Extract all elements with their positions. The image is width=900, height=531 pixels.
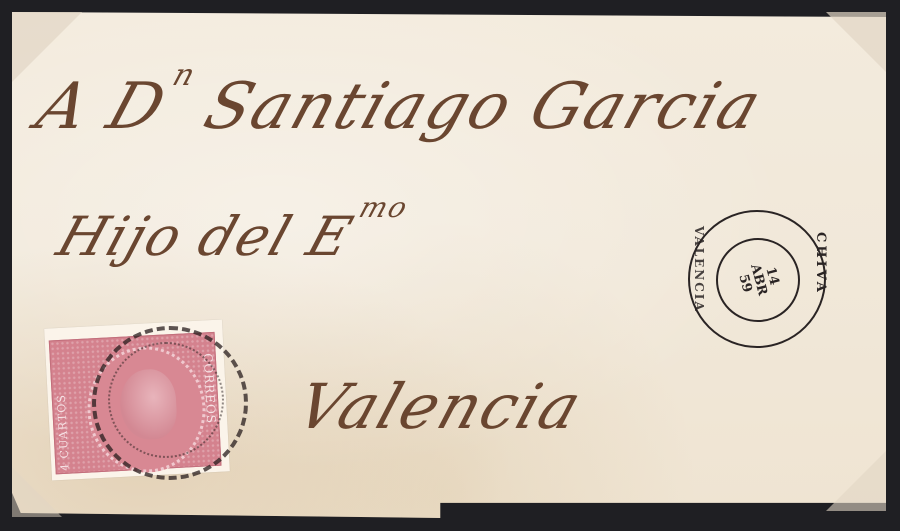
address-line-city: Valencia <box>288 370 592 443</box>
postmark-date: 14 ABR 59 <box>709 231 807 329</box>
address-line-recipient: A Dn Santiago Garcia <box>28 70 771 144</box>
postmark-town: CHIVA <box>813 232 828 332</box>
postmark: CHIVA VALENCIA 14 ABR 59 <box>688 210 826 348</box>
recipient-title: Hijo del E <box>50 205 362 268</box>
postmark-region: VALENCIA <box>692 226 706 326</box>
address-salutation: A D <box>28 70 176 144</box>
recipient-name: Santiago Garcia <box>173 70 771 144</box>
destination-city: Valencia <box>288 370 592 443</box>
address-line-title: Hijo del Emo <box>50 205 409 268</box>
mount-corner-bottom-right <box>826 451 886 511</box>
stamp-label-value: 4 CUARTOS <box>53 371 71 472</box>
recipient-title-superscript: mo <box>355 191 413 224</box>
postmark-inner-ring: 14 ABR 59 <box>716 238 800 322</box>
stamp-cancellation-inner <box>108 342 224 458</box>
mount-corner-top-right <box>826 12 886 72</box>
postmark-year: 59 <box>735 273 753 294</box>
